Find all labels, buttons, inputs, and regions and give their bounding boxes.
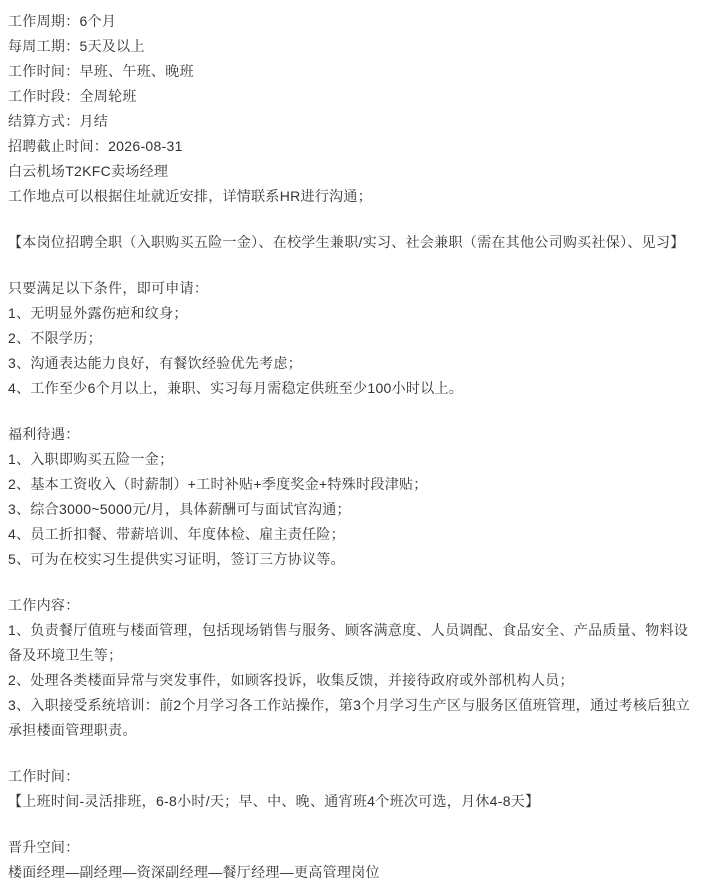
- promotion-title: 晋升空间：: [8, 835, 699, 860]
- recruit-type-banner: 【本岗位招聘全职（入职购买五险一金）、在校学生兼职/实习、社会兼职（需在其他公司…: [8, 230, 699, 255]
- work-hours-title: 工作时间：: [8, 764, 699, 789]
- duties-title: 工作内容：: [8, 593, 699, 618]
- promotion-path: 楼面经理—副经理—资深副经理—餐厅经理—更高管理岗位: [8, 860, 699, 885]
- duty-item: 1、负责餐厅值班与楼面管理，包括现场销售与服务、顾客满意度、人员调配、食品安全、…: [8, 618, 699, 668]
- section-gap: [8, 209, 699, 230]
- requirement-item: 4、工作至少6个月以上，兼职、实习每月需稳定供班至少100小时以上。: [8, 376, 699, 401]
- requirement-item: 3、沟通表达能力良好，有餐饮经验优先考虑；: [8, 351, 699, 376]
- section-gap: [8, 814, 699, 835]
- section-gap: [8, 572, 699, 593]
- job-work-period: 工作周期：6个月: [8, 9, 699, 34]
- benefit-item: 2、基本工资收入（时薪制）+工时补贴+季度奖金+特殊时段津贴；: [8, 472, 699, 497]
- section-gap: [8, 743, 699, 764]
- job-weekly-schedule: 每周工期：5天及以上: [8, 34, 699, 59]
- job-description-document: 工作周期：6个月 每周工期：5天及以上 工作时间：早班、午班、晚班 工作时段：全…: [0, 0, 707, 885]
- benefit-item: 1、入职即购买五险一金；: [8, 447, 699, 472]
- job-deadline: 招聘截止时间：2026-08-31: [8, 134, 699, 159]
- benefit-item: 4、员工折扣餐、带薪培训、年度体检、雇主责任险；: [8, 522, 699, 547]
- work-hours-detail: 【上班时间-灵活排班，6-8小时/天；早、中、晚、通宵班4个班次可选，月休4-8…: [8, 789, 699, 814]
- requirement-item: 1、无明显外露伤疤和纹身；: [8, 301, 699, 326]
- section-gap: [8, 255, 699, 276]
- job-location-note: 工作地点可以根据住址就近安排，详情联系HR进行沟通；: [8, 184, 699, 209]
- requirements-title: 只要满足以下条件，即可申请：: [8, 276, 699, 301]
- requirement-item: 2、不限学历；: [8, 326, 699, 351]
- duty-item: 3、入职接受系统培训：前2个月学习各工作站操作，第3个月学习生产区与服务区值班管…: [8, 693, 699, 743]
- section-gap: [8, 401, 699, 422]
- duty-item: 2、处理各类楼面异常与突发事件，如顾客投诉，收集反馈，并接待政府或外部机构人员；: [8, 668, 699, 693]
- benefit-item: 3、综合3000~5000元/月，具体薪酬可与面试官沟通；: [8, 497, 699, 522]
- job-title: 白云机场T2KFC卖场经理: [8, 159, 699, 184]
- job-payment-method: 结算方式：月结: [8, 109, 699, 134]
- benefits-title: 福利待遇：: [8, 422, 699, 447]
- job-work-time: 工作时间：早班、午班、晚班: [8, 59, 699, 84]
- job-shift-type: 工作时段：全周轮班: [8, 84, 699, 109]
- benefit-item: 5、可为在校实习生提供实习证明，签订三方协议等。: [8, 547, 699, 572]
